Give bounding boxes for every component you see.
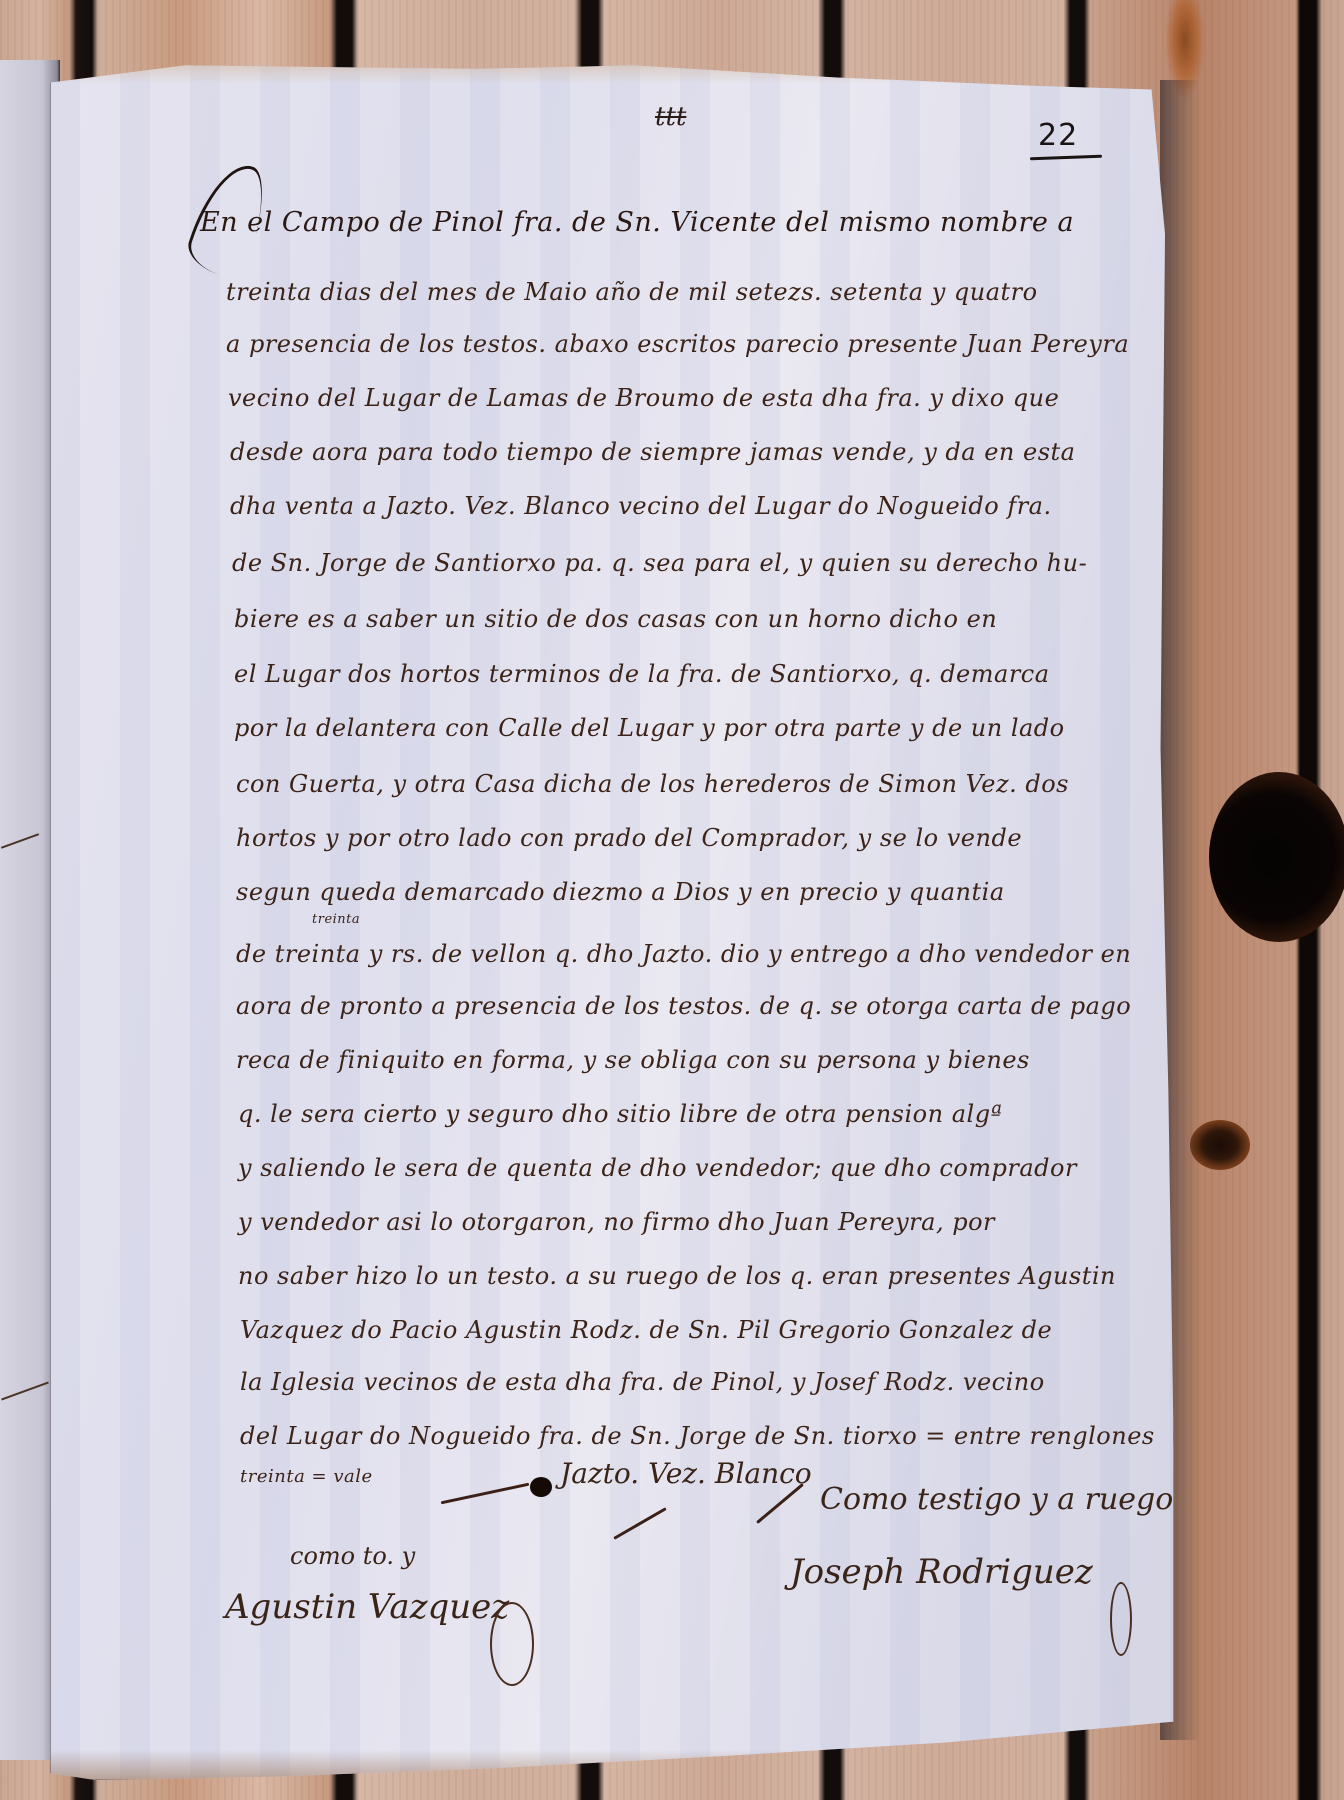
interlinear-note: treinta [312, 912, 360, 927]
text-line: segun queda demarcado diezmo a Dios y en… [236, 878, 1005, 906]
witness-right-signature: Joseph Rodriguez [790, 1552, 1093, 1592]
witness-left-caption: como to. y [290, 1542, 415, 1570]
text-line: a presencia de los testos. abaxo escrito… [226, 330, 1129, 358]
text-line: desde aora para todo tiempo de siempre j… [230, 438, 1075, 466]
text-line: treinta dias del mes de Maio año de mil … [226, 278, 1038, 306]
wood-hole [1209, 772, 1344, 942]
text-line: Vazquez do Pacio Agustin Rodz. de Sn. Pi… [240, 1316, 1052, 1344]
text-line: reca de finiquito en forma, y se obliga … [236, 1046, 1030, 1074]
text-line: q. le sera cierto y seguro dho sitio lib… [238, 1100, 1002, 1128]
witness-right-caption: Como testigo y a ruego [820, 1482, 1173, 1517]
text-line: biere es a saber un sitio de dos casas c… [234, 605, 997, 633]
text-line: de Sn. Jorge de Santiorxo pa. q. sea par… [232, 549, 1087, 577]
text-line: y saliendo le sera de quenta de dho vend… [238, 1154, 1077, 1182]
text-line: aora de pronto a presencia de los testos… [236, 992, 1131, 1020]
ink-blot [530, 1477, 552, 1497]
text-line: del Lugar do Nogueido fra. de Sn. Jorge … [240, 1422, 1155, 1450]
witness-left-signature: Agustin Vazquez [225, 1587, 509, 1627]
ink-stroke [1, 833, 39, 849]
signature-rubric [1110, 1582, 1132, 1656]
text-line: no saber hizo lo un testo. a su ruego de… [238, 1262, 1116, 1290]
text-line: dha venta a Jazto. Vez. Blanco vecino de… [230, 492, 1052, 520]
signature-rubric [490, 1602, 534, 1686]
text-line: el Lugar dos hortos terminos de la fra. … [234, 660, 1050, 688]
text-line: hortos y por otro lado con prado del Com… [236, 824, 1022, 852]
text-line: treinta = vale [240, 1466, 373, 1487]
text-line: de treinta y rs. de vellon q. dho Jazto.… [236, 940, 1131, 968]
manuscript-page: ttt 22 En el Campo de Pinol fra. de Sn. … [50, 62, 1174, 1780]
text-line: con Guerta, y otra Casa dicha de los her… [236, 770, 1069, 798]
text-line: vecino del Lugar de Lamas de Broumo de e… [228, 384, 1059, 412]
text-line: y vendedor asi lo otorgaron, no firmo dh… [238, 1208, 995, 1236]
text-line: la Iglesia vecinos de esta dha fra. de P… [240, 1368, 1045, 1396]
ink-stroke [1, 1382, 49, 1401]
text-line: por la delantera con Calle del Lugar y p… [234, 714, 1065, 742]
manuscript-body: En el Campo de Pinol fra. de Sn. Vicente… [50, 62, 1174, 1780]
text-line: En el Campo de Pinol fra. de Sn. Vicente… [200, 207, 1074, 238]
buyer-signature: Jazto. Vez. Blanco [560, 1457, 812, 1490]
